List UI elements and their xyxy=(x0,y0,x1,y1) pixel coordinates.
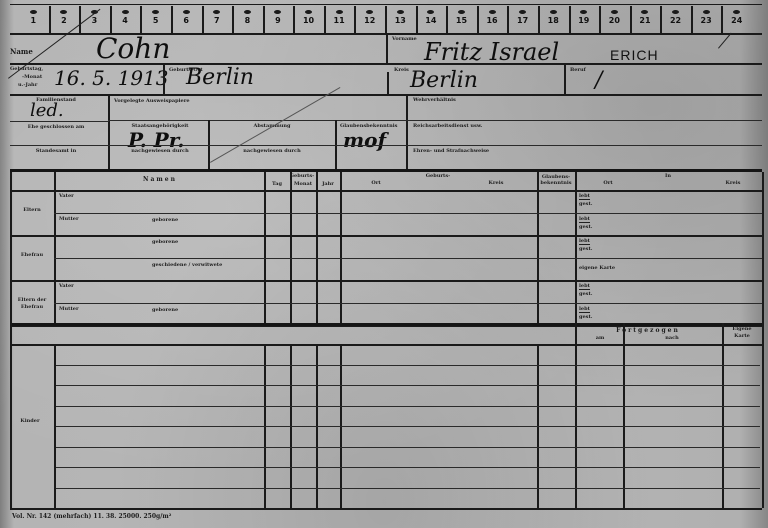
row-name-suffix: geborene xyxy=(152,307,178,313)
group-label: Eltern xyxy=(14,207,50,214)
divider xyxy=(406,94,408,170)
punch-hole-icon xyxy=(183,10,190,14)
ausweispapiere-label: Vorgelegte Ausweispapiere xyxy=(114,98,190,104)
row-status-lebt: lebt xyxy=(579,238,590,245)
punch-hole-icon xyxy=(122,10,129,14)
header-jahr: Jahr xyxy=(322,181,334,187)
vorname-value: Fritz Israel xyxy=(424,38,559,66)
punch-number: 13 xyxy=(395,16,406,25)
punch-number: 23 xyxy=(701,16,712,25)
divider xyxy=(202,6,204,33)
divider xyxy=(630,6,632,33)
divider xyxy=(324,6,326,33)
punch-cell: 17 xyxy=(507,6,538,34)
punch-cell: 11 xyxy=(324,6,355,34)
familienstand-value: led. xyxy=(30,100,64,121)
punch-cell: 4 xyxy=(110,6,141,34)
row-status-lebt: lebt xyxy=(579,306,590,313)
standesamt-label: Standesamt in xyxy=(36,148,76,154)
vorname-label: Vorname xyxy=(392,36,417,42)
punch-cell: 21 xyxy=(630,6,661,34)
punch-number: 6 xyxy=(183,16,189,25)
punch-hole-icon xyxy=(703,10,710,14)
table-row-line xyxy=(56,385,760,386)
punch-number: 14 xyxy=(425,16,436,25)
punch-hole-icon xyxy=(366,10,373,14)
row-status-lebt: lebt xyxy=(579,283,590,290)
header-tag: Tag xyxy=(272,181,282,187)
divider xyxy=(79,6,81,33)
geburtsort-value: Berlin xyxy=(186,65,254,90)
punch-hole-icon xyxy=(305,10,312,14)
punch-number: 20 xyxy=(609,16,620,25)
header-am: am xyxy=(596,335,605,341)
divider xyxy=(477,6,479,33)
beruf-value: / xyxy=(595,68,602,93)
divider xyxy=(507,6,509,33)
divider xyxy=(293,6,295,33)
punch-cell: 9 xyxy=(263,6,294,34)
punch-number: 18 xyxy=(548,16,559,25)
divider xyxy=(10,63,762,65)
punch-cell: 8 xyxy=(232,6,263,34)
punch-cell: 18 xyxy=(538,6,569,34)
row-prefix: Mutter xyxy=(59,306,79,312)
punch-number: 11 xyxy=(334,16,345,25)
divider xyxy=(10,323,12,508)
punch-cell: 23 xyxy=(691,6,722,34)
punch-cell: 10 xyxy=(293,6,324,34)
punch-number: 9 xyxy=(275,16,281,25)
geburtstag-label-3: u.-Jahr xyxy=(18,82,37,88)
row-status-lebt: lebt xyxy=(579,193,590,200)
punch-hole-icon xyxy=(733,10,740,14)
table-row-line xyxy=(56,467,760,468)
divider xyxy=(623,323,625,508)
row-status-gest: gest. xyxy=(579,246,593,252)
divider xyxy=(416,6,418,33)
wehrverhaeltnis-label: Wehrverhältnis xyxy=(413,97,456,103)
footer-print-info: Vol. Nr. 142 (mehrfach) 11. 38. 25000. 2… xyxy=(12,513,171,520)
beruf-label: Beruf xyxy=(570,67,586,73)
name-label: Name xyxy=(10,47,33,56)
punch-number: 24 xyxy=(731,16,742,25)
punch-hole-icon xyxy=(30,10,37,14)
punch-number: 15 xyxy=(456,16,467,25)
divider xyxy=(538,6,540,33)
header-monat: Monat xyxy=(294,181,312,187)
punch-hole-icon xyxy=(274,10,281,14)
divider xyxy=(10,172,12,325)
ehe-label: Ehe geschlossen am xyxy=(28,124,85,130)
punch-cell: 24 xyxy=(721,6,752,34)
divider xyxy=(385,6,387,33)
divider xyxy=(54,258,762,259)
punch-cell: 7 xyxy=(202,6,233,34)
divider xyxy=(660,6,662,33)
punch-cell: 6 xyxy=(171,6,202,34)
nachgewiesen-durch-label-1: nachgewiesen durch xyxy=(131,148,188,154)
punch-hole-icon xyxy=(458,10,465,14)
census-card: 123456789101112131415161718192021222324 … xyxy=(0,0,768,528)
punch-number: 5 xyxy=(153,16,159,25)
divider xyxy=(263,6,265,33)
punch-hole-icon xyxy=(152,10,159,14)
divider xyxy=(446,6,448,33)
divider xyxy=(54,303,762,304)
row-status-gest: gest. xyxy=(579,291,593,297)
header-in-kreis: Kreis xyxy=(726,180,741,186)
punch-cell: 15 xyxy=(446,6,477,34)
geburtstag-label-2: -Monat xyxy=(22,74,42,80)
divider xyxy=(564,63,566,95)
divider xyxy=(10,508,762,510)
nachgewiesen-durch-label-2: nachgewiesen durch xyxy=(243,148,300,154)
punch-number: 3 xyxy=(92,16,98,25)
header-namen: Namen xyxy=(143,176,177,183)
punch-number: 8 xyxy=(245,16,251,25)
glaubensbekenntnis-value: mof xyxy=(343,128,386,152)
check-mark xyxy=(718,33,732,49)
table-row-line xyxy=(56,426,760,427)
divider xyxy=(110,6,112,33)
punch-number: 21 xyxy=(639,16,650,25)
punch-hole-icon xyxy=(611,10,618,14)
row-status-gest: gest. xyxy=(579,314,593,320)
header-geburts: Geburts- xyxy=(290,173,314,179)
row-name-suffix: geborene xyxy=(152,217,178,223)
section-divider xyxy=(10,169,762,172)
row-status-gest: gest. xyxy=(579,224,593,230)
punch-cell: 5 xyxy=(140,6,171,34)
header-glaubensbekenntnis: Glaubens-bekenntnis xyxy=(540,174,572,186)
punch-hole-icon xyxy=(580,10,587,14)
punch-number: 12 xyxy=(364,16,375,25)
punch-cell: 13 xyxy=(385,6,416,34)
row-name-suffix: geborene xyxy=(152,239,178,245)
vorname-printed-addition: ERICH xyxy=(610,47,659,63)
punch-hole-icon xyxy=(397,10,404,14)
kreis-label: Kreis xyxy=(394,67,409,73)
header-eigene-karte: Eigene Karte xyxy=(727,326,757,340)
divider xyxy=(10,235,762,237)
punch-hole-icon xyxy=(336,10,343,14)
header-fortgezogen: Fortgezogen xyxy=(616,327,680,334)
divider xyxy=(691,6,693,33)
divider xyxy=(569,6,571,33)
divider xyxy=(10,190,762,192)
punch-number: 10 xyxy=(303,16,314,25)
table-row-line xyxy=(56,365,760,366)
divider xyxy=(10,344,762,346)
reichsarbeitsdienst-label: Reichsarbeitsdienst usw. xyxy=(413,123,482,129)
divider xyxy=(599,6,601,33)
punch-cell: 2 xyxy=(49,6,80,34)
divider xyxy=(575,323,577,508)
punch-hole-icon xyxy=(427,10,434,14)
divider xyxy=(232,6,234,33)
section-divider xyxy=(10,323,762,326)
punch-hole-icon xyxy=(550,10,557,14)
row-prefix: Vater xyxy=(59,193,74,199)
header-kreis: Kreis xyxy=(489,180,504,186)
punch-hole-icon xyxy=(641,10,648,14)
punch-cell: 20 xyxy=(599,6,630,34)
divider xyxy=(163,63,165,95)
punch-number: 16 xyxy=(486,16,497,25)
punch-number: 17 xyxy=(517,16,528,25)
header-in: In xyxy=(665,173,671,179)
divider xyxy=(10,145,762,146)
punch-cell: 14 xyxy=(416,6,447,34)
group-label: Eltern der Ehefrau xyxy=(14,297,50,311)
divider xyxy=(10,94,762,96)
divider xyxy=(10,4,762,5)
table-row-line xyxy=(56,488,760,489)
punch-cell: 22 xyxy=(660,6,691,34)
header-geburts-right: Geburts- xyxy=(426,173,450,179)
punch-hole-icon xyxy=(213,10,220,14)
divider xyxy=(722,323,724,508)
punch-cell: 19 xyxy=(569,6,600,34)
punch-cell: 12 xyxy=(354,6,385,34)
divider xyxy=(762,323,764,508)
punch-number: 7 xyxy=(214,16,220,25)
divider xyxy=(290,180,291,190)
punch-number: 19 xyxy=(578,16,589,25)
header-in-ort: Ort xyxy=(603,180,612,186)
divider xyxy=(10,280,762,282)
divider xyxy=(108,94,110,170)
divider xyxy=(386,33,388,65)
row-status-gest: gest. xyxy=(579,201,593,207)
row-status: eigene Karte xyxy=(579,265,615,271)
table-row-line xyxy=(56,406,760,407)
punch-hole-icon xyxy=(244,10,251,14)
divider xyxy=(54,213,762,214)
punch-hole-icon xyxy=(60,10,67,14)
punch-cell: 16 xyxy=(477,6,508,34)
row-prefix: Mutter xyxy=(59,216,79,222)
punch-cell: 1 xyxy=(18,6,49,34)
name-value: Cohn xyxy=(96,32,170,65)
group-label: Ehefrau xyxy=(14,252,50,259)
divider xyxy=(140,6,142,33)
kinder-label: Kinder xyxy=(20,418,39,424)
divider xyxy=(49,6,51,33)
divider xyxy=(387,72,389,95)
divider xyxy=(108,120,762,121)
divider xyxy=(354,6,356,33)
divider xyxy=(721,6,723,33)
row-name-suffix: geschiedene / verwitwete xyxy=(152,262,222,268)
punch-hole-icon xyxy=(489,10,496,14)
header-ort: Ort xyxy=(371,180,380,186)
punch-number: 22 xyxy=(670,16,681,25)
divider xyxy=(171,6,173,33)
punch-hole-icon xyxy=(519,10,526,14)
kreis-value: Berlin xyxy=(410,68,478,93)
divider xyxy=(10,121,109,122)
header-nach: nach xyxy=(665,335,679,341)
ehren-strafen-label: Ehren- und Strafnachweise xyxy=(413,148,489,154)
row-prefix: Vater xyxy=(59,283,74,289)
row-status-lebt: lebt xyxy=(579,216,590,223)
punch-number: 4 xyxy=(122,16,128,25)
divider xyxy=(762,172,764,325)
table-row-line xyxy=(56,447,760,448)
geburtsdatum-value: 16. 5. 1913 xyxy=(54,66,169,90)
punch-number: 2 xyxy=(61,16,67,25)
punch-number: 1 xyxy=(31,16,37,25)
punch-hole-icon xyxy=(672,10,679,14)
